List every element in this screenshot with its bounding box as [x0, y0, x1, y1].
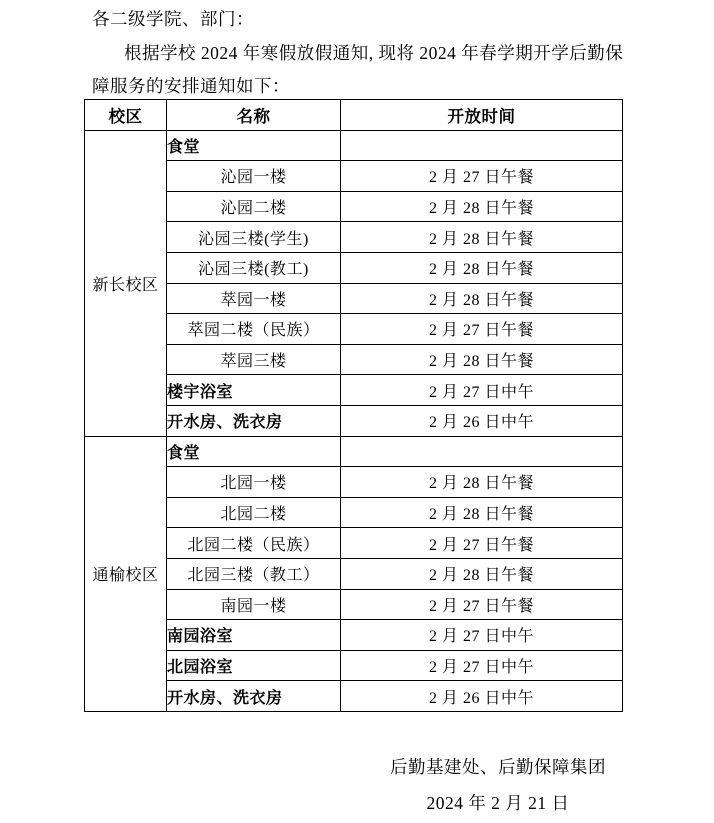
name-cell: 沁园一楼 — [167, 161, 341, 192]
name-cell: 南园一楼 — [167, 589, 341, 620]
col-header-campus: 校区 — [85, 100, 167, 131]
time-cell: 2 月 28 日午餐 — [341, 191, 623, 222]
name-cell: 萃园一楼 — [167, 283, 341, 314]
notice-footer: 后勤基建处、后勤保障集团 2024 年 2 月 21 日 — [348, 749, 648, 821]
name-cell: 北园三楼（教工） — [167, 558, 341, 589]
time-cell: 2 月 27 日中午 — [341, 375, 623, 406]
time-cell: 2 月 28 日午餐 — [341, 344, 623, 375]
name-cell: 北园二楼（民族） — [167, 528, 341, 559]
name-cell: 北园一楼 — [167, 467, 341, 498]
name-cell: 萃园三楼 — [167, 344, 341, 375]
notice-intro: 各二级学院、部门： 根据学校 2024 年寒假放假通知, 现将 2024 年春学… — [92, 3, 660, 104]
category-cell: 食堂 — [167, 436, 341, 467]
category-cell: 北园浴室 — [167, 650, 341, 681]
category-cell: 楼宇浴室 — [167, 375, 341, 406]
name-cell: 沁园三楼(教工) — [167, 252, 341, 283]
time-cell: 2 月 26 日中午 — [341, 405, 623, 436]
intro-line-1: 根据学校 2024 年寒假放假通知, 现将 2024 年春学期开学后勤保 — [92, 37, 660, 71]
col-header-name: 名称 — [167, 100, 341, 131]
table-header-row: 校区 名称 开放时间 — [85, 100, 623, 131]
time-cell: 2 月 27 日午餐 — [341, 589, 623, 620]
category-cell: 南园浴室 — [167, 620, 341, 651]
time-cell: 2 月 27 日午餐 — [341, 528, 623, 559]
campus-cell-xinchang: 新长校区 — [85, 130, 167, 436]
time-cell: 2 月 28 日午餐 — [341, 283, 623, 314]
name-cell: 北园二楼 — [167, 497, 341, 528]
campus-cell-tongyu: 通榆校区 — [85, 436, 167, 711]
time-cell: 2 月 28 日午餐 — [341, 252, 623, 283]
opening-schedule-table: 校区 名称 开放时间 新长校区 食堂 沁园一楼 2 月 27 日午餐 沁园二楼 … — [84, 99, 623, 712]
date: 2024 年 2 月 21 日 — [348, 785, 648, 821]
time-cell: 2 月 28 日午餐 — [341, 222, 623, 253]
signature: 后勤基建处、后勤保障集团 — [348, 749, 648, 785]
time-cell: 2 月 28 日午餐 — [341, 467, 623, 498]
name-cell: 沁园三楼(学生) — [167, 222, 341, 253]
col-header-open-time: 开放时间 — [341, 100, 623, 131]
category-cell: 开水房、洗衣房 — [167, 681, 341, 712]
time-cell: 2 月 27 日中午 — [341, 650, 623, 681]
salutation: 各二级学院、部门： — [92, 3, 660, 37]
time-cell: 2 月 26 日中午 — [341, 681, 623, 712]
time-cell: 2 月 27 日午餐 — [341, 314, 623, 345]
category-cell: 开水房、洗衣房 — [167, 405, 341, 436]
table-row: 新长校区 食堂 — [85, 130, 623, 161]
name-cell: 萃园二楼（民族） — [167, 314, 341, 345]
name-cell: 沁园二楼 — [167, 191, 341, 222]
time-cell — [341, 130, 623, 161]
time-cell: 2 月 27 日中午 — [341, 620, 623, 651]
table-row: 通榆校区 食堂 — [85, 436, 623, 467]
category-cell: 食堂 — [167, 130, 341, 161]
time-cell: 2 月 27 日午餐 — [341, 161, 623, 192]
time-cell: 2 月 28 日午餐 — [341, 558, 623, 589]
time-cell: 2 月 28 日午餐 — [341, 497, 623, 528]
time-cell — [341, 436, 623, 467]
notice-document-page: 各二级学院、部门： 根据学校 2024 年寒假放假通知, 现将 2024 年春学… — [0, 0, 714, 823]
